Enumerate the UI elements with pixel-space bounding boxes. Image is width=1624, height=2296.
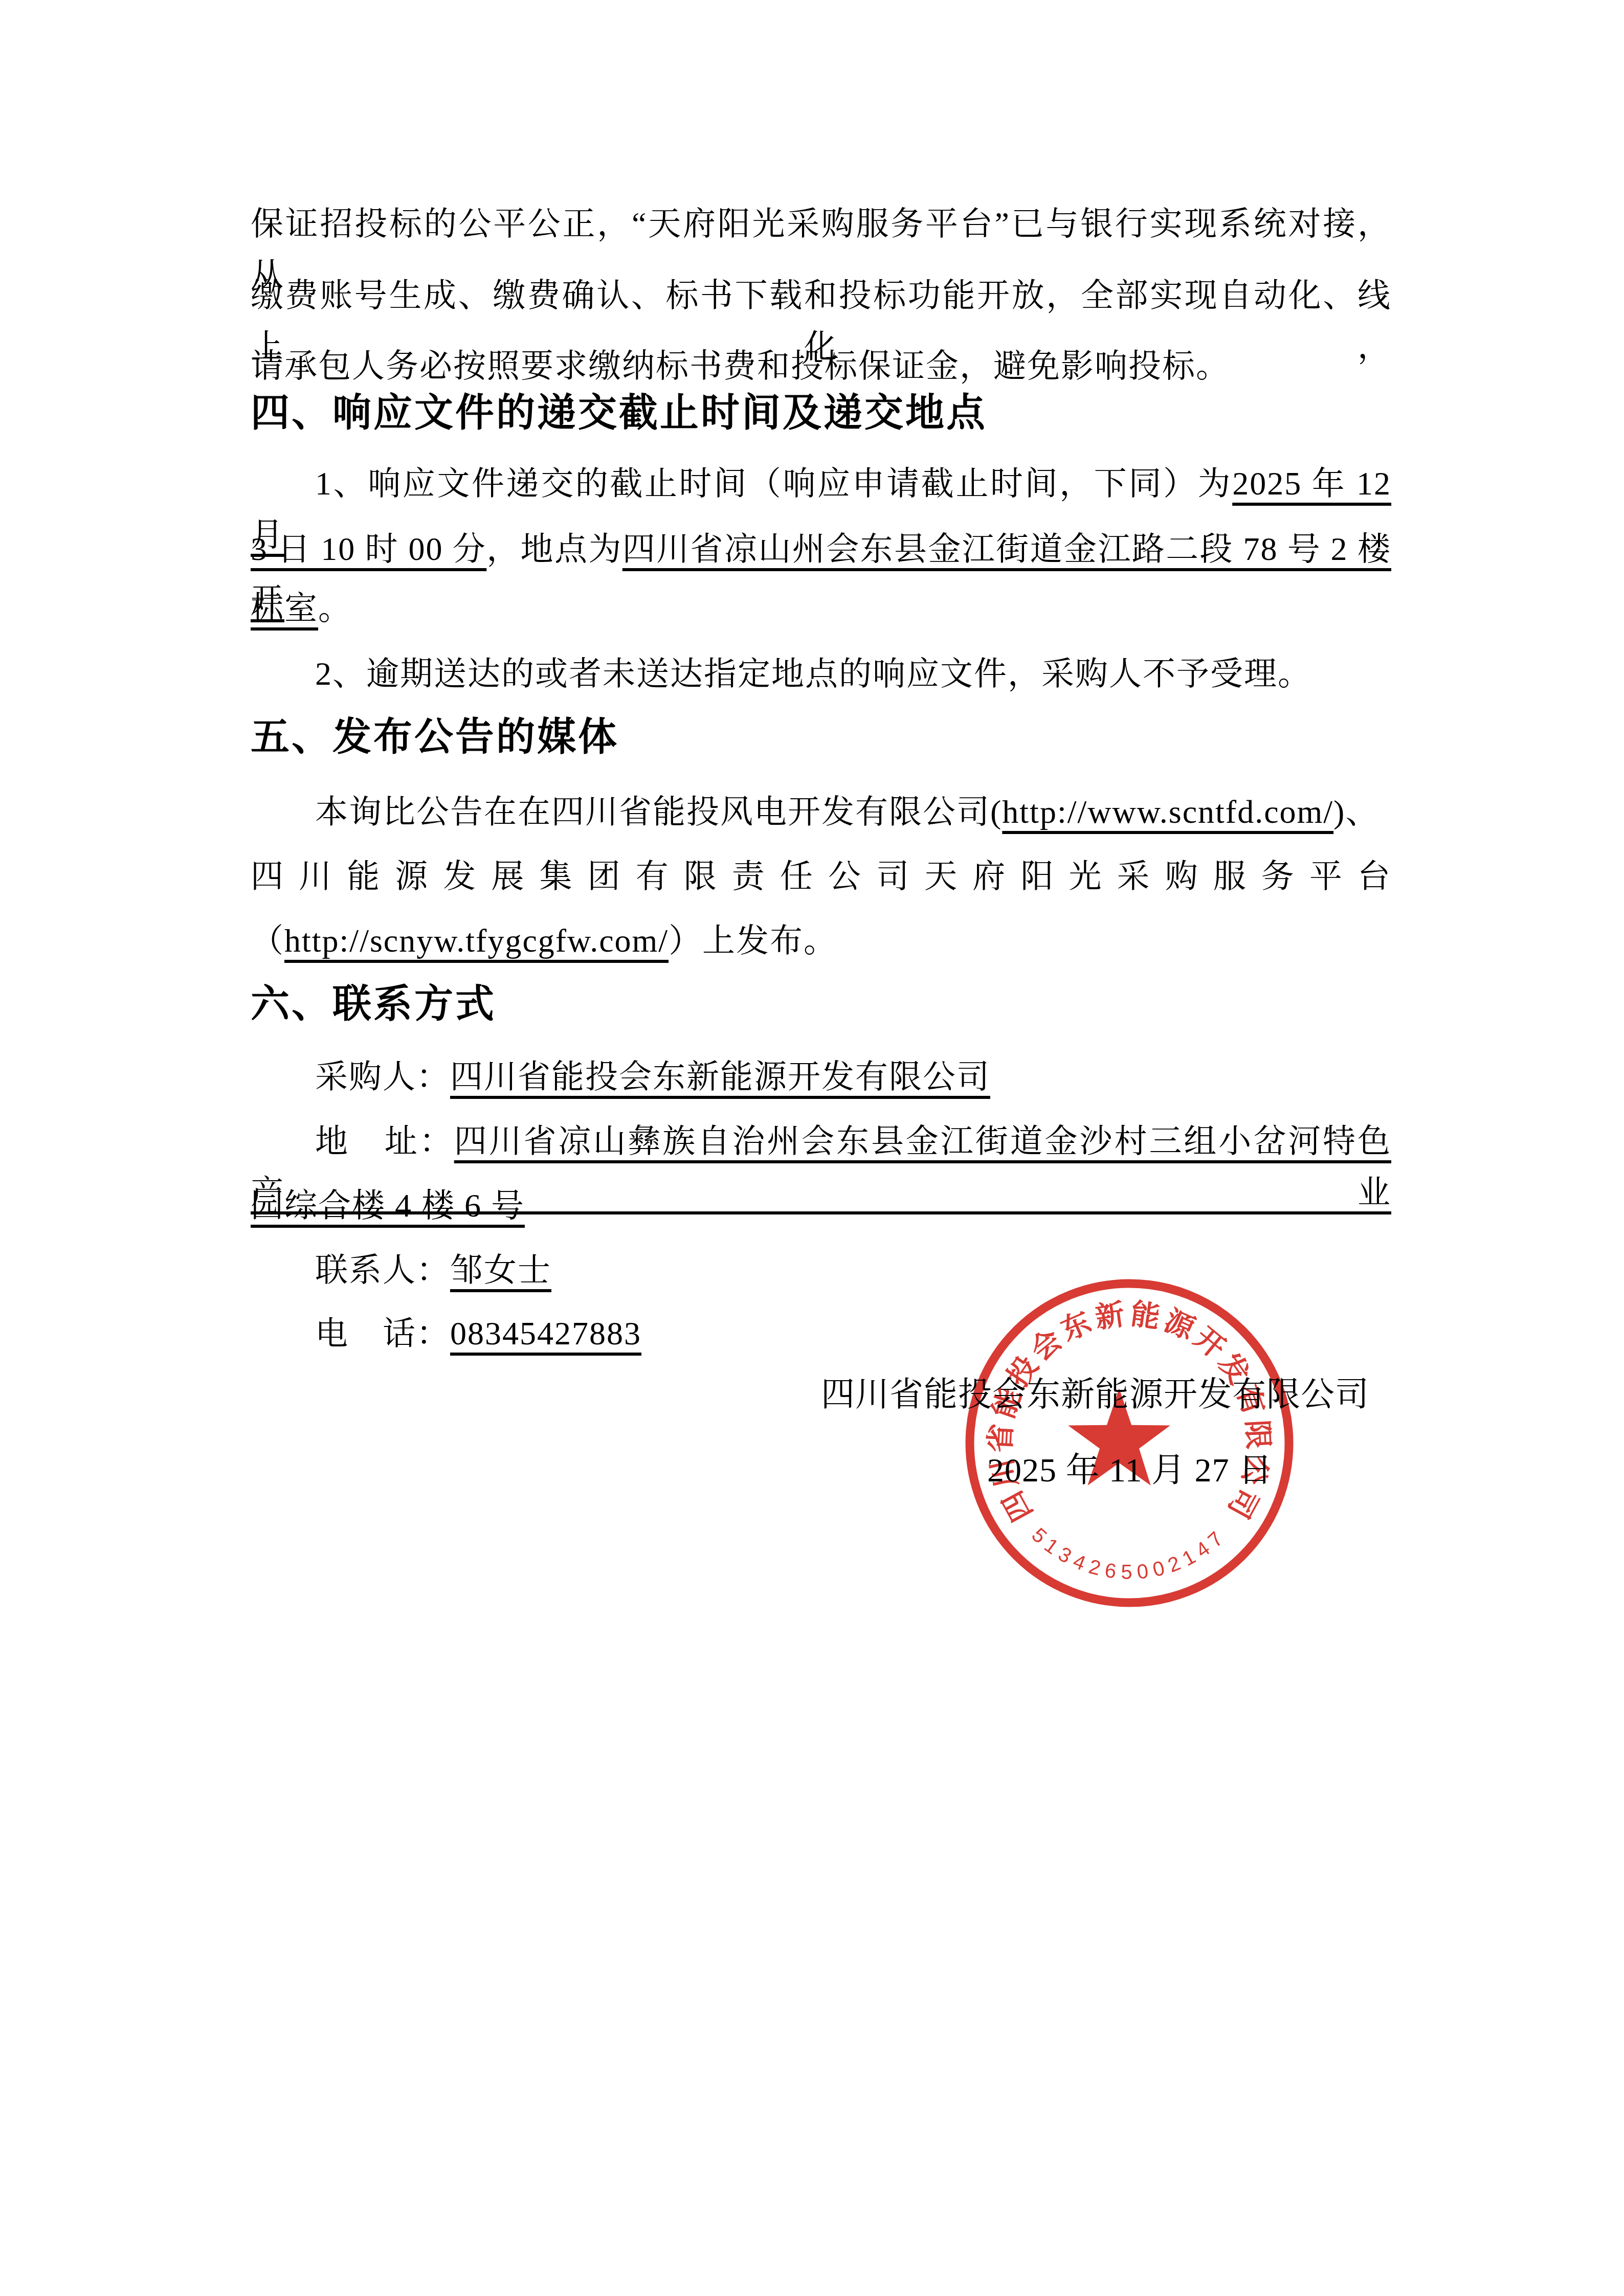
purchaser-line: 采购人：四川省能投会东新能源开发有限公司 — [251, 1051, 1391, 1102]
intro-line-3: 请承包人务必按照要求缴纳标书费和投标保证金，避免影响投标。 — [251, 341, 1391, 392]
media-text-part1: 本询比公告在在四川省能投风电开发有限公司( — [315, 794, 1002, 830]
section5-heading-text: 五、发布公告的媒体 — [251, 715, 619, 759]
media-text-part2: )、 — [1333, 794, 1379, 830]
contact-label: 联系人： — [315, 1252, 450, 1288]
deadline-date-part2: 3 日 10 时 00 分 — [251, 531, 486, 567]
section5-para-line1: 本询比公告在在四川省能投风电开发有限公司(http://www.scntfd.c… — [251, 786, 1391, 838]
deadline-label: 1、响应文件递交的截止时间（响应申请截止时间，下同）为 — [315, 465, 1232, 502]
section5-heading: 五、发布公告的媒体 — [251, 709, 1391, 766]
tfygcgfw-url: http://scnyw.tfygcgfw.com/ — [284, 922, 669, 959]
location-value-part2: 标室 — [251, 590, 318, 626]
scntfd-url: http://www.scntfd.com/ — [1002, 794, 1333, 830]
seal-number-arc-text: 5134265002147 — [1027, 1524, 1231, 1584]
document-page: 保证招投标的公平公正，“天府阳光采购服务平台”已与银行实现系统对接，从 缴费账号… — [0, 0, 1624, 2296]
section4-heading-text: 四、响应文件的递交截止时间及递交地点 — [251, 391, 987, 435]
section4-para2: 2、逾期送达的或者未送达指定地点的响应文件，采购人不予受理。 — [251, 648, 1391, 700]
section5-para-line2: 四川能源发展集团有限责任公司天府阳光采购服务平台 — [251, 851, 1391, 902]
section6-heading: 六、联系方式 — [251, 976, 1391, 1033]
sentence-end: 。 — [318, 590, 352, 626]
intro-line-3-text: 请承包人务必按照要求缴纳标书费和投标保证金，避免影响投标。 — [251, 348, 1230, 384]
location-label: ，地点为 — [486, 531, 622, 567]
address-value-part2: 园综合楼 4 楼 6 号 — [251, 1187, 525, 1224]
section4-para1-line3: 标室。 — [251, 583, 1391, 634]
media-platform-name: 四川能源发展集团有限责任公司天府阳光采购服务平台 — [251, 858, 1391, 894]
company-seal-stamp: 四川省能投会东新能源开发有限公司 5134265002147 — [950, 1264, 1308, 1622]
purchaser-value: 四川省能投会东新能源开发有限公司 — [450, 1059, 990, 1095]
seal-graphic: 四川省能投会东新能源开发有限公司 5134265002147 — [950, 1264, 1308, 1622]
section5-para-line3: （http://scnyw.tfygcgfw.com/）上发布。 — [251, 915, 1391, 966]
address-label: 地 址： — [315, 1123, 454, 1159]
phone-label: 电 话： — [315, 1315, 450, 1352]
address-line-2: 园综合楼 4 楼 6 号 — [251, 1180, 1391, 1231]
contact-value: 邹女士 — [450, 1252, 551, 1288]
section6-heading-text: 六、联系方式 — [251, 982, 496, 1026]
section4-para2-text: 2、逾期送达的或者未送达指定地点的响应文件，采购人不予受理。 — [315, 656, 1311, 692]
media-text-part3: ）上发布。 — [669, 922, 837, 959]
phone-value: 08345427883 — [450, 1315, 641, 1352]
paren-open: （ — [251, 922, 284, 959]
purchaser-label: 采购人： — [315, 1059, 450, 1095]
seal-company-arc-text: 四川省能投会东新能源开发有限公司 — [985, 1298, 1275, 1526]
section4-heading: 四、响应文件的递交截止时间及递交地点 — [251, 385, 1391, 442]
seal-star-icon — [1068, 1388, 1170, 1485]
